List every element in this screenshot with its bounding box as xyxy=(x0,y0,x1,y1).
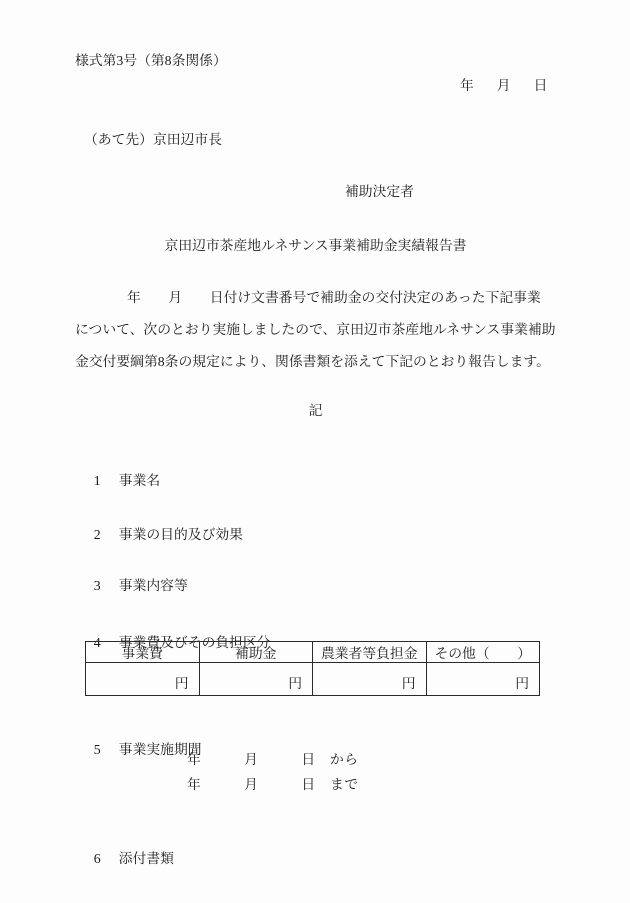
table-header-farmer-burden: 農業者等負担金 xyxy=(313,642,427,663)
recipient-line: （あて先）京田辺市長 xyxy=(84,132,222,148)
list-item-attached-documents: 6添付書類 xyxy=(80,835,174,883)
document-title: 京田辺市茶産地ルネサンス事業補助金実績報告書 xyxy=(75,238,556,254)
table-cell-yen-project-cost: 円 xyxy=(86,663,200,696)
item-number: 6 xyxy=(94,851,119,867)
item-number: 3 xyxy=(94,578,119,594)
table-header-row: 事業費 補助金 農業者等負担金 その他（ ） xyxy=(86,642,540,663)
table-header-other: その他（ ） xyxy=(426,642,540,663)
date-blank-line: 年 月 日 xyxy=(460,78,552,94)
subsidy-decider-label: 補助決定者 xyxy=(345,184,414,200)
table-cell-yen-subsidy: 円 xyxy=(199,663,313,696)
item-number: 1 xyxy=(94,473,119,489)
table-header-project-cost: 事業費 xyxy=(86,642,200,663)
period-end-line: 年 月 日 まで xyxy=(187,777,359,793)
form-number: 様式第3号（第8条関係） xyxy=(75,53,227,69)
item-label: 事業の目的及び効果 xyxy=(119,527,243,542)
item-label: 事業名 xyxy=(119,473,160,488)
period-start-line: 年 月 日 から xyxy=(187,752,359,768)
table-cell-yen-other: 円 xyxy=(426,663,540,696)
item-number: 2 xyxy=(94,527,119,543)
body-paragraph-line-1: 年 月 日付け文書番号で補助金の交付決定のあった下記事業 xyxy=(127,290,541,306)
item-number: 5 xyxy=(94,742,119,758)
item-label: 添付書類 xyxy=(119,851,174,866)
list-item-business-content: 3事業内容等 xyxy=(80,562,188,610)
table-header-subsidy: 補助金 xyxy=(199,642,313,663)
body-paragraph-line-3: 金交付要綱第8条の規定により、関係書類を添えて下記のとおり報告します。 xyxy=(75,354,550,370)
table-value-row: 円 円 円 円 xyxy=(86,663,540,696)
document-page: 様式第3号（第8条関係） 年 月 日 （あて先）京田辺市長 補助決定者 京田辺市… xyxy=(0,0,630,903)
list-item-business-name: 1事業名 xyxy=(80,457,160,505)
list-item-implementation-period: 5事業実施期間 xyxy=(80,726,202,774)
body-paragraph-line-2: について、次のとおり実施しましたので、京田辺市茶産地ルネサンス事業補助 xyxy=(75,322,556,338)
ki-separator-label: 記 xyxy=(75,403,556,419)
cost-breakdown-table: 事業費 補助金 農業者等負担金 その他（ ） 円 円 円 円 xyxy=(85,641,540,696)
list-item-purpose-effect: 2事業の目的及び効果 xyxy=(80,511,243,559)
table-cell-yen-farmer-burden: 円 xyxy=(313,663,427,696)
item-label: 事業内容等 xyxy=(119,578,188,593)
